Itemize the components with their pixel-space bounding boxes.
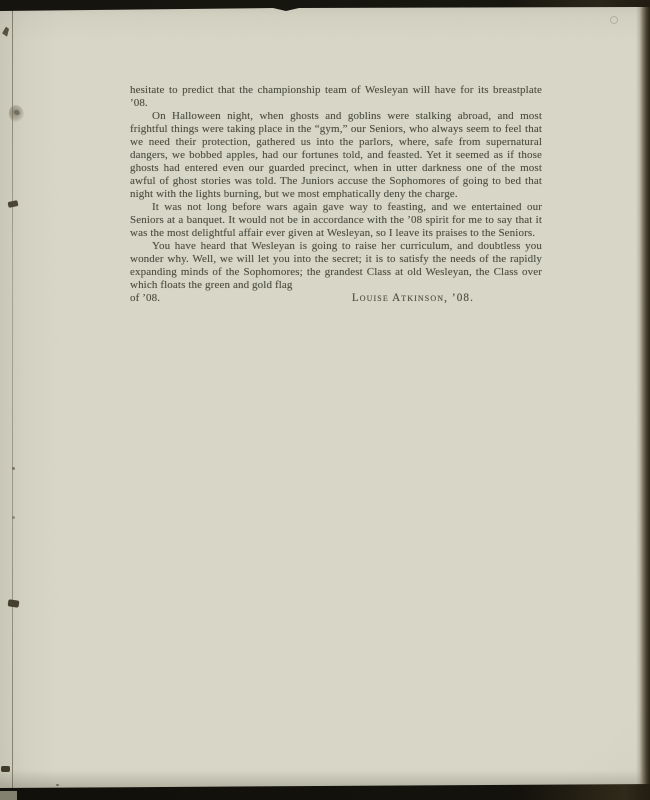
- photo-edge-top: [0, 0, 650, 14]
- page-text-block: hesitate to predict that the championshi…: [130, 84, 542, 305]
- paragraph: It was not long before wars again gave w…: [130, 201, 542, 240]
- stitch-mark: [2, 26, 11, 37]
- paragraph: You have heard that Wesleyan is going to…: [130, 240, 542, 292]
- stitch-mark: [8, 599, 20, 607]
- book-page-scan: hesitate to predict that the championshi…: [0, 0, 650, 800]
- closing-words: of ’08.: [130, 292, 160, 305]
- stitch-mark: [1, 766, 10, 772]
- author-signature: Louise Atkinson, ’08.: [352, 292, 474, 305]
- stitch-mark: [7, 200, 18, 208]
- paper-speck: [12, 467, 15, 470]
- closing-row: of ’08. Louise Atkinson, ’08.: [130, 292, 542, 305]
- paper-speck: [610, 16, 618, 24]
- photo-edge-bottom: [0, 782, 650, 800]
- gutter-crease-line: [12, 10, 13, 788]
- page-edge-right: [636, 0, 650, 800]
- paragraph: hesitate to predict that the championshi…: [130, 84, 542, 110]
- bottom-left-corner-notch: [0, 791, 17, 800]
- paragraph: On Halloween night, when ghosts and gobl…: [130, 110, 542, 201]
- paper-speck: [12, 516, 15, 519]
- paper-speck: [56, 784, 59, 786]
